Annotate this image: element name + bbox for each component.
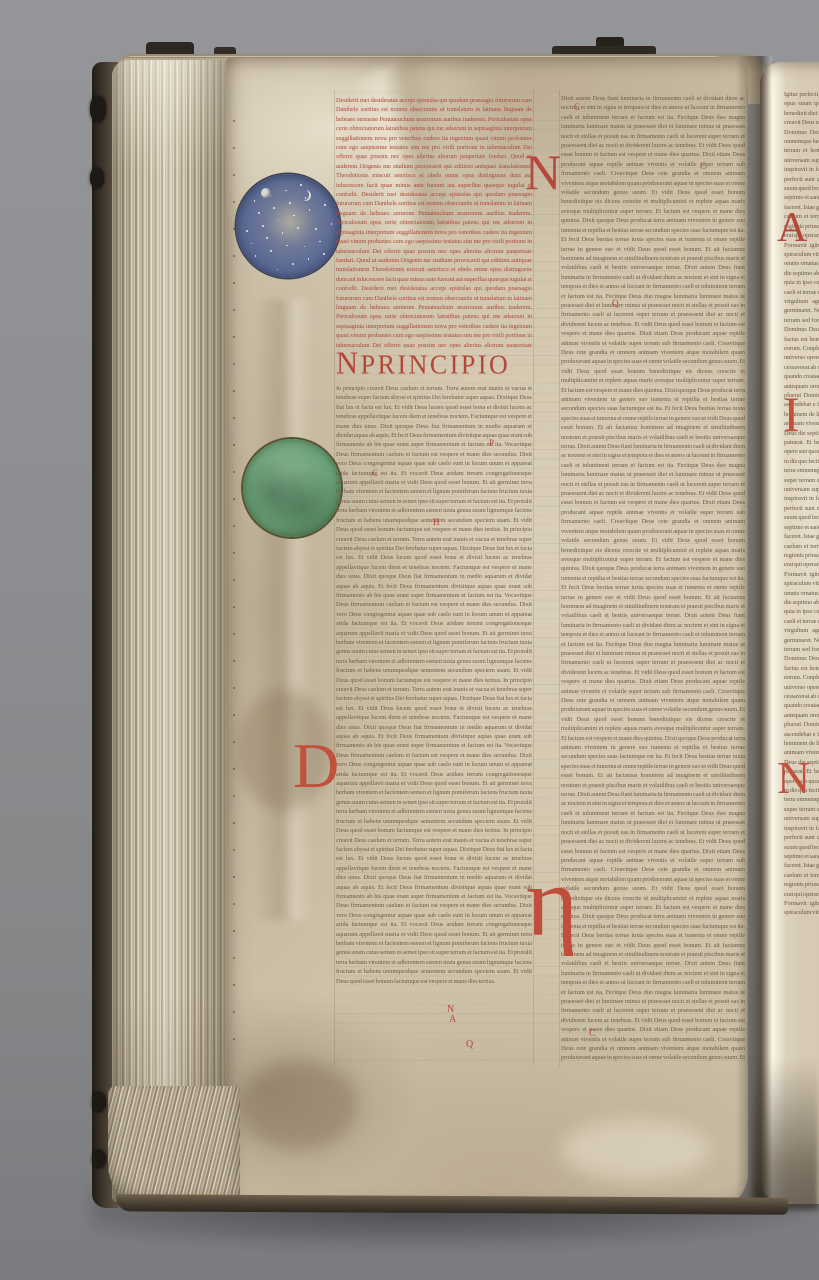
initial-N-col2: N — [525, 152, 561, 192]
right-page-initial-A: A — [777, 212, 807, 246]
book-bottom-edge — [116, 1194, 788, 1215]
manuscript-photograph: Desiderii mei desideratas accepi epistul… — [0, 0, 819, 1280]
rubricated-capital: C — [574, 104, 580, 111]
rubricated-capital: C — [700, 163, 706, 170]
initial-D-margin: D — [293, 740, 339, 791]
rubricated-capital: H — [433, 519, 440, 526]
rubricated-capital: Q — [612, 300, 619, 307]
right-page-initial-N: N — [777, 760, 810, 797]
rubricated-capital: P — [489, 440, 494, 447]
fore-edge-bottom-corner — [108, 1086, 240, 1208]
right-page-initial-I: I — [783, 394, 800, 434]
initial-uncial-N: η — [526, 862, 578, 942]
rubricated-capital: C — [372, 470, 378, 477]
rubricated-capital: A — [449, 1016, 456, 1024]
rubricated-capital: N — [447, 1006, 454, 1014]
rubricated-capital: C — [589, 1030, 596, 1038]
rubricated-capital: Q — [466, 1041, 473, 1049]
